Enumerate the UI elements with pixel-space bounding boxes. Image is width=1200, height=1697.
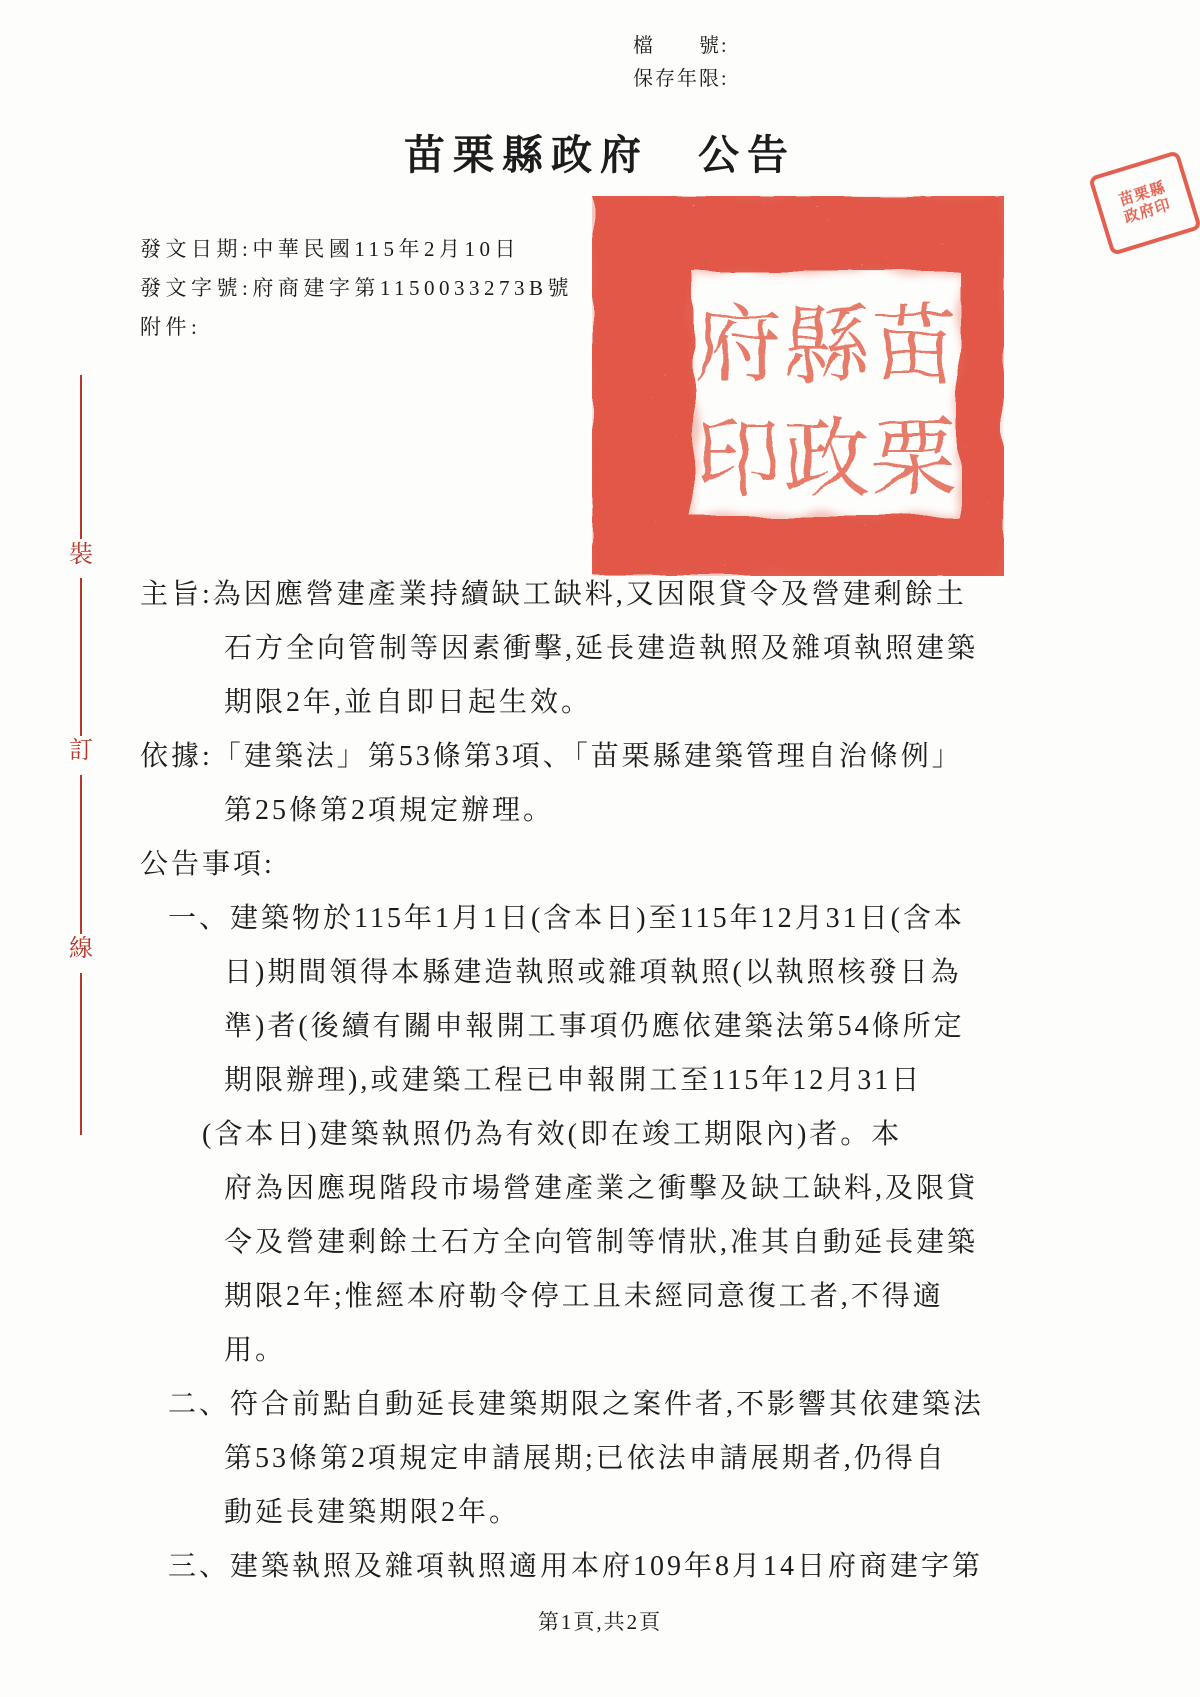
body-line: 主旨:為因應營建產業持續缺工缺料,又因限貸令及營建剩餘土 bbox=[140, 568, 1060, 622]
body-line: (含本日)建築執照仍為有效(即在竣工期限內)者。本 bbox=[140, 1108, 1060, 1162]
attachment-line: 附件: bbox=[140, 308, 573, 347]
body-line: 準)者(後續有關申報開工事項仍應依建築法第54條所定 bbox=[140, 1000, 1060, 1054]
body-line: 日)期間領得本縣建造執照或雜項執照(以執照核發日為 bbox=[140, 946, 1060, 1000]
seal-character: 縣 bbox=[783, 295, 871, 395]
seal-character: 府 bbox=[695, 295, 781, 395]
announcement-body: 主旨:為因應營建產業持續缺工缺料,又因限貸令及營建剩餘土石方全向管制等因素衝擊,… bbox=[140, 568, 1060, 1594]
retention-period-label: 保存年限: bbox=[633, 63, 729, 96]
body-line: 期限辦理),或建築工程已申報開工至115年12月31日 bbox=[140, 1054, 1060, 1108]
page-footer: 第1頁,共2頁 bbox=[0, 1606, 1200, 1636]
page-title: 苗栗縣政府 公告 bbox=[0, 122, 1200, 181]
binding-margin: 裝 訂 線 bbox=[0, 0, 120, 1697]
binding-line-segment bbox=[80, 775, 82, 934]
binding-line-segment bbox=[80, 375, 82, 539]
binding-char-ding: 訂 bbox=[64, 736, 98, 766]
body-line: 第53條第2項規定申請展期;已依法申請展期者,仍得自 bbox=[140, 1432, 1060, 1486]
body-line: 二、符合前點自動延長建築期限之案件者,不影響其依建築法 bbox=[140, 1378, 1060, 1432]
binding-char-xian: 線 bbox=[64, 934, 98, 964]
seal-character: 苗 bbox=[871, 295, 957, 395]
body-line: 期限2年,並自即日起生效。 bbox=[140, 676, 1060, 730]
official-seal-graphic: 苗栗縣政府印 bbox=[592, 196, 1004, 576]
document-header: 檔 號: 保存年限: bbox=[633, 30, 729, 96]
body-line: 令及營建剩餘土石方全向管制等情狀,准其自動延長建築 bbox=[140, 1216, 1060, 1270]
binding-line-segment bbox=[80, 578, 82, 736]
page-number: 第1頁,共2頁 bbox=[538, 1610, 662, 1634]
body-line: 第25條第2項規定辦理。 bbox=[140, 784, 1060, 838]
body-line: 依據:「建築法」第53條第3項、「苗栗縣建築管理自治條例」 bbox=[140, 730, 1060, 784]
announcement-page: 檔 號: 保存年限: 苗栗縣政府 公告 發文日期:中華民國115年2月10日 發… bbox=[0, 0, 1200, 1697]
body-line: 用。 bbox=[140, 1324, 1060, 1378]
body-line: 期限2年;惟經本府勒令停工且未經同意復工者,不得適 bbox=[140, 1270, 1060, 1324]
body-line: 動延長建築期限2年。 bbox=[140, 1486, 1060, 1540]
seal-character: 政 bbox=[783, 409, 869, 509]
seal-character: 栗 bbox=[871, 409, 957, 509]
body-line: 公告事項: bbox=[140, 838, 1060, 892]
document-meta: 發文日期:中華民國115年2月10日 發文字號:府商建字第1150033273B… bbox=[140, 230, 573, 347]
seal-script-characters: 苗栗縣政府印 bbox=[695, 295, 957, 509]
issue-date-line: 發文日期:中華民國115年2月10日 bbox=[140, 230, 573, 269]
body-line: 府為因應現階段市場營建產業之衝擊及缺工缺料,及限貸 bbox=[140, 1162, 1060, 1216]
body-line: 石方全向管制等因素衝擊,延長建造執照及雜項執照建築 bbox=[140, 622, 1060, 676]
file-number-label: 檔 號: bbox=[633, 30, 729, 63]
body-line: 三、建築執照及雜項執照適用本府109年8月14日府商建字第 bbox=[140, 1540, 1060, 1594]
seal-character: 印 bbox=[695, 409, 781, 509]
doc-number-line: 發文字號:府商建字第1150033273B號 bbox=[140, 269, 573, 308]
binding-line-segment bbox=[80, 973, 82, 1135]
body-line: 一、建築物於115年1月1日(含本日)至115年12月31日(含本 bbox=[140, 892, 1060, 946]
binding-char-zhuang: 裝 bbox=[64, 540, 98, 570]
official-seal: 苗栗縣政府印 bbox=[592, 196, 1004, 576]
